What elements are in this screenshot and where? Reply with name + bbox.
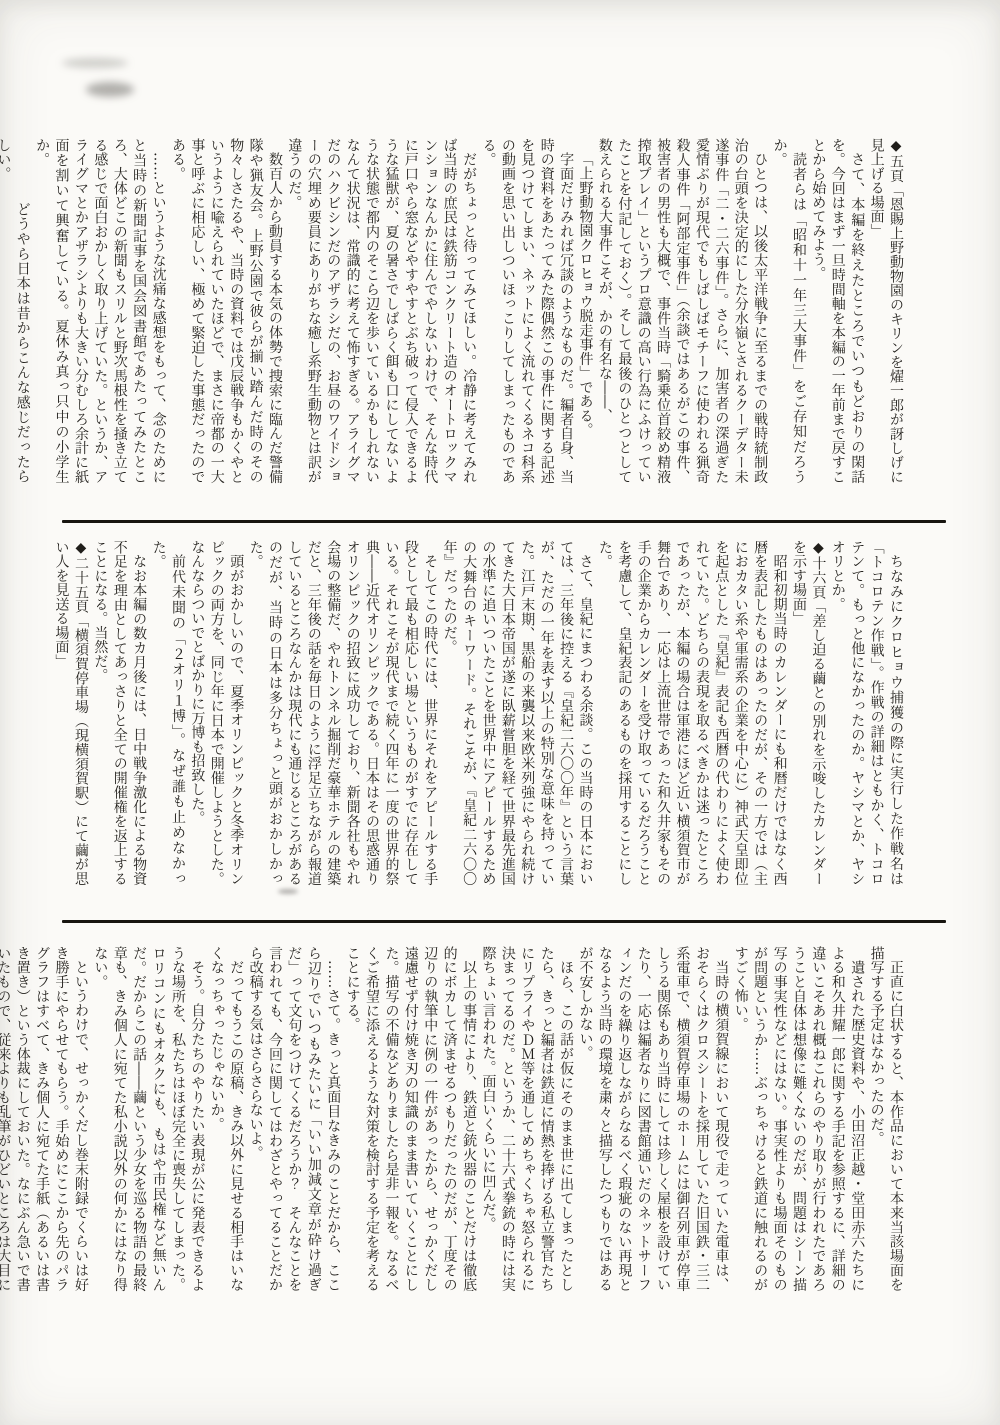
commentary-paragraph: ちなみにクロヒョウ捕獲の際に実行した作戦名は「トコロテン作戦」。作戦の詳細はとも… bbox=[827, 540, 905, 886]
commentary-paragraph: というわけで、せっかくだし巻末附録でくらいは好き勝手にやらせてもらう。手始めにこ… bbox=[0, 946, 90, 1292]
commentary-paragraph: 前代未聞の「２オリ１博」。なぜ誰も止めなかった。 bbox=[148, 540, 187, 886]
commentary-paragraph: だがちょっと待ってみてほしい。冷静に考えてみれば当時の庶民は鉄筋コンクリート造の… bbox=[284, 138, 478, 484]
commentary-paragraph: さて、皇紀にまつわる余談。この当時の日本においては、三年後に控える『皇紀二六〇〇… bbox=[439, 540, 594, 886]
scene-note-heading: ◆二十五頁「横須賀停車場（現横須賀駅）にて繭が思い人を見送る場面」 bbox=[51, 540, 90, 886]
commentary-paragraph: なお本編の数カ月後には、日中戦争激化による物資不足を理由としてあっさりと全ての開… bbox=[90, 540, 148, 886]
commentary-paragraph: だってもうこの原稿、きみ以外に見せる相手はいなくなっちゃったじゃないか。 bbox=[206, 946, 245, 1292]
scan-smudge bbox=[278, 889, 298, 894]
commentary-paragraph: 数百人から動員する本気の体勢で捜索に臨んだ警備隊や猟友会。上野公園で彼らが揃い踏… bbox=[168, 138, 284, 484]
commentary-paragraph: どうやら日本は昔からこんな感じだったらしい。 bbox=[0, 138, 32, 484]
commentary-band-middle: ちなみにクロヒョウ捕獲の際に実行した作戦名は「トコロテン作戦」。作戦の詳細はとも… bbox=[53, 540, 905, 886]
commentary-paragraph: ……というような沈痛な感想をもって、念のためにと当時の新聞記事を国会図書館であた… bbox=[32, 138, 168, 484]
commentary-paragraph: そう。自分たちのやりたい表現が公に発表できるような場所を、私たちはほぼ完全に喪失… bbox=[90, 946, 206, 1292]
commentary-paragraph: ひとつは、以後太平洋戦争に至るまでの戦時統制政治の台頭を決定的にした分水嶺とされ… bbox=[595, 138, 770, 484]
commentary-paragraph: そしてこの時代には、世界にそれをアピールする手段として最も相応しい場というものが… bbox=[245, 540, 439, 886]
commentary-paragraph: ……さて。きっと真面目なきみのことだから、ここら辺りでいつもみたいに「いい加減文… bbox=[245, 946, 342, 1292]
commentary-paragraph: 頭がおかしいので、夏季オリンピックと冬季オリンピックの両方を、同じ年に日本で開催… bbox=[187, 540, 245, 886]
commentary-paragraph: 読者らは「昭和十一年三大事件」をご存知だろうか。 bbox=[769, 138, 808, 484]
separator-rule bbox=[62, 920, 946, 923]
commentary-paragraph: 「上野動物園クロヒョウ脱走事件」である。 bbox=[575, 138, 594, 484]
commentary-paragraph: ほら、この話が仮にそのまま世に出てしまったとしたら、きっと編者は鉄道に情熱を捧げ… bbox=[478, 946, 575, 1292]
commentary-paragraph: 以上の事情により、鉄道と銃火器のことだけは徹底的にボカして済ませるつもりだったの… bbox=[342, 946, 478, 1292]
scan-smudge bbox=[62, 58, 128, 68]
scene-note-heading: ◆十六頁「差し迫る繭との別れを示唆したカレンダーを示す場面」 bbox=[789, 540, 828, 886]
scene-note-heading: ◆五頁「恩賜上野動物園のキリンを燿一郎が訝しげに見上げる場面」 bbox=[866, 138, 905, 484]
commentary-paragraph: 正直に白状すると、本作品において本来当該場面を描写する予定はなかったのだ。 bbox=[866, 946, 905, 1292]
commentary-paragraph: 遺された歴史資料や、小田沼正越・堂田赤六たちによる和久井耀一郎に関する手記を参照… bbox=[730, 946, 866, 1292]
scanned-page: ◆五頁「恩賜上野動物園のキリンを燿一郎が訝しげに見上げる場面」 さて、本編を終え… bbox=[0, 0, 1000, 1425]
separator-rule bbox=[62, 520, 946, 523]
scan-smudge bbox=[86, 82, 134, 97]
commentary-paragraph: さて、本編を終えたところでいつもどおりの閑話を。今回はまず一旦時間軸を本編の一年… bbox=[808, 138, 866, 484]
commentary-band-top: ◆五頁「恩賜上野動物園のキリンを燿一郎が訝しげに見上げる場面」 さて、本編を終え… bbox=[53, 138, 905, 484]
commentary-paragraph: 昭和初期当時のカレンダーにも和暦だけではなく西暦を表記したものはあったのだが、そ… bbox=[595, 540, 789, 886]
commentary-paragraph: 当時の横須賀線において現役で走っていた電車は、おそらくはクロスシートを採用してい… bbox=[575, 946, 730, 1292]
commentary-paragraph: 字面だけみれば冗談のようなものだ。編者自身、当時の資料をあたってみた際偶然この事… bbox=[478, 138, 575, 484]
commentary-band-bottom: 正直に白状すると、本作品において本来当該場面を描写する予定はなかったのだ。 遺さ… bbox=[53, 946, 905, 1292]
